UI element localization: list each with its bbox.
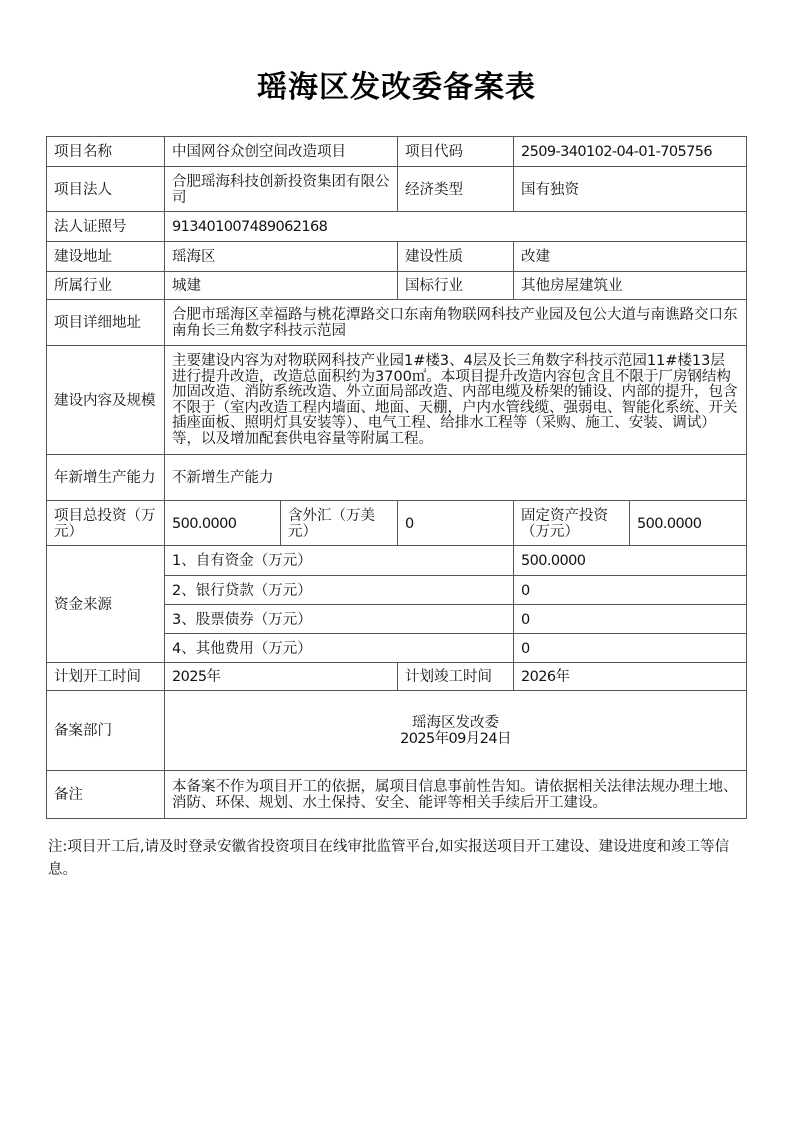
foreign-exchange-value: 0 [398,501,514,546]
row-legal-entity: 项目法人 合肥瑶海科技创新投资集团有限公司 经济类型 国有独资 [47,167,747,212]
row-investment: 项目总投资（万元） 500.0000 含外汇（万美元） 0 固定资产投资（万元）… [47,501,747,546]
filing-dept-label: 备案部门 [47,691,165,771]
build-nature-label: 建设性质 [398,242,514,272]
row-location: 建设地址 瑶海区 建设性质 改建 [47,242,747,272]
license-label: 法人证照号 [47,212,165,242]
project-code-label: 项目代码 [398,137,514,167]
filing-dept-name: 瑶海区发改委 [172,715,739,731]
project-code-value: 2509-340102-04-01-705756 [514,137,747,167]
page-title: 瑶海区发改委备案表 [0,62,793,106]
national-industry-value: 其他房屋建筑业 [514,272,747,300]
fixed-asset-label: 固定资产投资（万元） [514,501,630,546]
new-capacity-label: 年新增生产能力 [47,455,165,501]
detail-address-label: 项目详细地址 [47,300,165,346]
project-name-label: 项目名称 [47,137,165,167]
funding-item-value: 0 [514,605,747,634]
funding-item-label: 4、其他费用（万元） [165,634,514,663]
funding-item-label: 1、自有资金（万元） [165,546,514,576]
row-license: 法人证照号 913401007489062168 [47,212,747,242]
project-name-value: 中国网谷众创空间改造项目 [165,137,398,167]
content-scale-value: 主要建设内容为对物联网科技产业园1#楼3、4层及长三角数字科技示范园11#楼13… [165,346,747,455]
total-investment-label: 项目总投资（万元） [47,501,165,546]
row-industry: 所属行业 城建 国标行业 其他房屋建筑业 [47,272,747,300]
funding-label: 资金来源 [47,546,165,663]
legal-entity-value: 合肥瑶海科技创新投资集团有限公司 [165,167,398,212]
build-location-value: 瑶海区 [165,242,398,272]
fixed-asset-value: 500.0000 [630,501,747,546]
economic-type-value: 国有独资 [514,167,747,212]
funding-item-value: 500.0000 [514,546,747,576]
industry-label: 所属行业 [47,272,165,300]
end-time-label: 计划竣工时间 [398,663,514,691]
row-funding-1: 资金来源 1、自有资金（万元） 500.0000 [47,546,747,576]
row-detail-address: 项目详细地址 合肥市瑶海区幸福路与桃花潭路交口东南角物联网科技产业园及包公大道与… [47,300,747,346]
filing-date: 2025年09月24日 [172,731,739,747]
industry-value: 城建 [165,272,398,300]
total-investment-value: 500.0000 [165,501,281,546]
row-remarks: 备注 本备案不作为项目开工的依据，属项目信息事前性告知。请依据相关法律法规办理土… [47,771,747,819]
row-new-capacity: 年新增生产能力 不新增生产能力 [47,455,747,501]
national-industry-label: 国标行业 [398,272,514,300]
funding-item-value: 0 [514,576,747,605]
filing-dept-cell: 瑶海区发改委 2025年09月24日 [165,691,747,771]
remarks-label: 备注 [47,771,165,819]
row-schedule: 计划开工时间 2025年 计划竣工时间 2026年 [47,663,747,691]
remarks-value: 本备案不作为项目开工的依据，属项目信息事前性告知。请依据相关法律法规办理土地、消… [165,771,747,819]
detail-address-value: 合肥市瑶海区幸福路与桃花潭路交口东南角物联网科技产业园及包公大道与南谯路交口东南… [165,300,747,346]
end-time-value: 2026年 [514,663,747,691]
footnote: 注:项目开工后,请及时登录安徽省投资项目在线审批监管平台,如实报送项目开工建设、… [48,836,748,882]
funding-item-value: 0 [514,634,747,663]
content-scale-label: 建设内容及规模 [47,346,165,455]
row-filing-dept: 备案部门 瑶海区发改委 2025年09月24日 [47,691,747,771]
build-location-label: 建设地址 [47,242,165,272]
foreign-exchange-label: 含外汇（万美元） [281,501,398,546]
economic-type-label: 经济类型 [398,167,514,212]
row-content-scale: 建设内容及规模 主要建设内容为对物联网科技产业园1#楼3、4层及长三角数字科技示… [47,346,747,455]
legal-entity-label: 项目法人 [47,167,165,212]
funding-item-label: 2、银行贷款（万元） [165,576,514,605]
new-capacity-value: 不新增生产能力 [165,455,747,501]
funding-item-label: 3、股票债券（万元） [165,605,514,634]
license-value: 913401007489062168 [165,212,747,242]
build-nature-value: 改建 [514,242,747,272]
start-time-label: 计划开工时间 [47,663,165,691]
row-project-name: 项目名称 中国网谷众创空间改造项目 项目代码 2509-340102-04-01… [47,137,747,167]
start-time-value: 2025年 [165,663,398,691]
filing-form-table: 项目名称 中国网谷众创空间改造项目 项目代码 2509-340102-04-01… [46,136,747,819]
